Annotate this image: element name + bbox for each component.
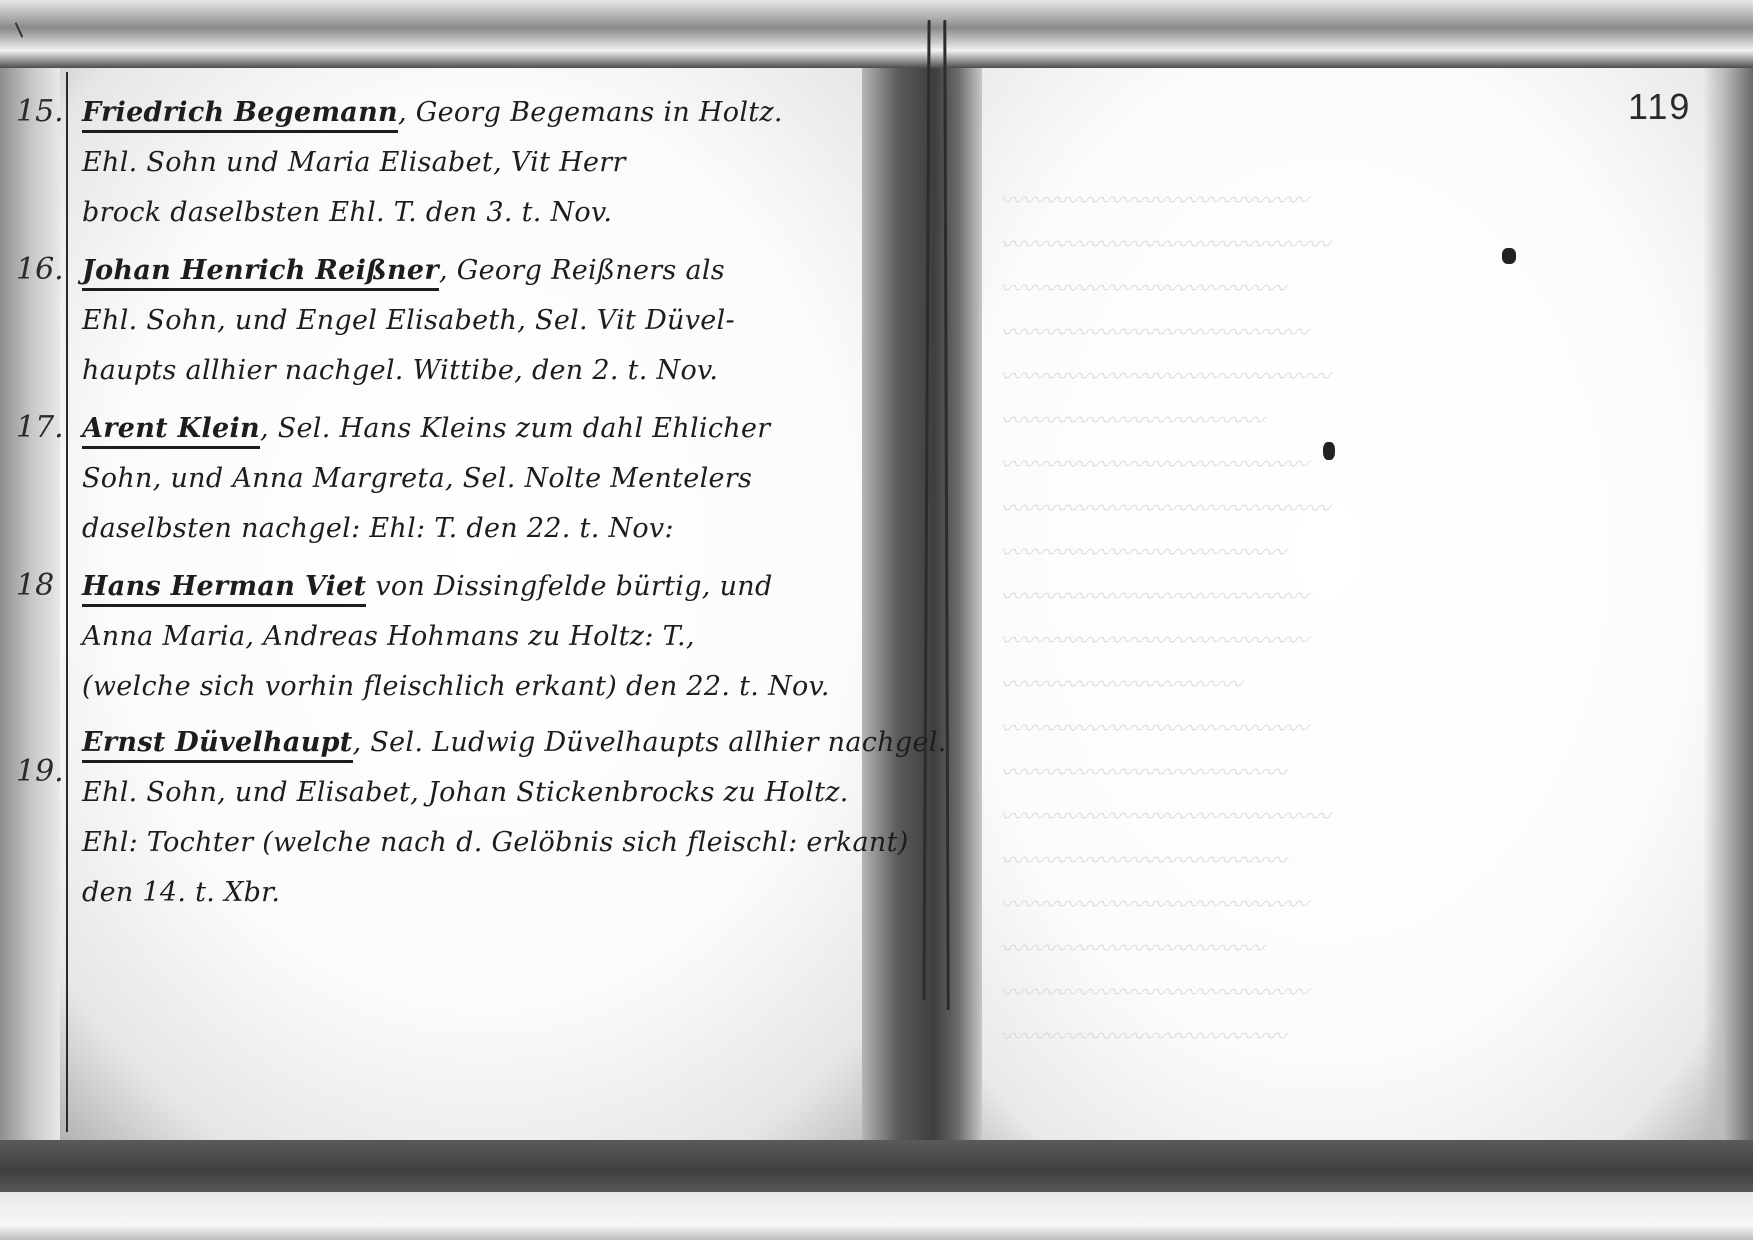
bleed-line: 〰〰〰〰〰〰〰〰〰〰〰〰〰〰	[1000, 708, 1680, 752]
entry-line: Ehl. Sohn, und Engel Elisabeth, Sel. Vit…	[82, 296, 862, 346]
groom-name: Johan Henrich Reißner	[82, 255, 439, 291]
bleed-line: 〰〰〰〰〰〰〰〰〰〰〰〰〰〰	[1000, 620, 1680, 664]
bleed-line: 〰〰〰〰〰〰〰〰〰〰〰〰〰〰〰	[1000, 224, 1680, 268]
entry-line: Ernst Düvelhaupt, Sel. Ludwig Düvelhaupt…	[82, 718, 862, 768]
entry-line: (welche sich vorhin fleischlich erkant) …	[82, 662, 862, 712]
bleed-line: 〰〰〰〰〰〰〰〰〰〰〰〰〰〰	[1000, 444, 1680, 488]
ink-blot	[1323, 442, 1335, 460]
entry-text: Friedrich Begemann, Georg Begemans in Ho…	[82, 88, 862, 238]
entry-number: 17.	[16, 410, 64, 445]
entry-line: Sohn, und Anna Margreta, Sel. Nolte Ment…	[82, 454, 862, 504]
page-number: 119	[1628, 86, 1691, 128]
bleed-line: 〰〰〰〰〰〰〰〰〰〰〰〰〰〰	[1000, 972, 1680, 1016]
bleed-through-text: 〰〰〰〰〰〰〰〰〰〰〰〰〰〰 〰〰〰〰〰〰〰〰〰〰〰〰〰〰〰 〰〰〰〰〰〰〰〰〰…	[1000, 180, 1680, 1080]
right-page-edge-shadow	[1703, 68, 1753, 1140]
entry-number: 18	[16, 568, 64, 603]
entry-line-text: , Sel. Ludwig Düvelhaupts allhier nachge…	[353, 727, 947, 758]
bleed-line: 〰〰〰〰〰〰〰〰〰〰〰〰〰	[1000, 840, 1680, 884]
scan-mark	[15, 22, 24, 37]
entry-line: den 14. t. Xbr.	[82, 868, 862, 918]
bleed-line: 〰〰〰〰〰〰〰〰〰〰〰〰〰〰	[1000, 884, 1680, 928]
bleed-line: 〰〰〰〰〰〰〰〰〰〰〰〰〰	[1000, 1016, 1680, 1060]
entry-line: Hans Herman Viet von Dissingfelde bürtig…	[82, 562, 862, 612]
entry-text: Johan Henrich Reißner, Georg Reißners al…	[82, 246, 862, 396]
entry-line-text: , Georg Begemans in Holtz.	[398, 97, 783, 128]
entry-text: Arent Klein, Sel. Hans Kleins zum dahl E…	[82, 404, 862, 554]
entry-line-text: , Sel. Hans Kleins zum dahl Ehlicher	[260, 413, 771, 444]
bottom-binding-shadow	[0, 1140, 1753, 1192]
entry-line: daselbsten nachgel: Ehl: T. den 22. t. N…	[82, 504, 862, 554]
entry-line: Ehl. Sohn und Maria Elisabet, Vit Herr	[82, 138, 862, 188]
groom-name: Ernst Düvelhaupt	[82, 727, 353, 763]
bottom-scan-margin	[0, 1192, 1753, 1240]
bleed-line: 〰〰〰〰〰〰〰〰〰〰〰	[1000, 664, 1680, 708]
entry-line: Arent Klein, Sel. Hans Kleins zum dahl E…	[82, 404, 862, 454]
margin-rule-line	[66, 72, 68, 1132]
entry-line: Ehl: Tochter (welche nach d. Gelöbnis si…	[82, 818, 862, 868]
groom-name: Hans Herman Viet	[82, 571, 366, 607]
entry-line: Johan Henrich Reißner, Georg Reißners al…	[82, 246, 862, 296]
groom-name: Friedrich Begemann	[82, 97, 398, 133]
entry-line: Friedrich Begemann, Georg Begemans in Ho…	[82, 88, 862, 138]
bleed-line: 〰〰〰〰〰〰〰〰〰〰〰〰	[1000, 928, 1680, 972]
entry-line: haupts allhier nachgel. Wittibe, den 2. …	[82, 346, 862, 396]
entry-text: Hans Herman Viet von Dissingfelde bürtig…	[82, 562, 862, 712]
entry-line: brock daselbsten Ehl. T. den 3. t. Nov.	[82, 188, 862, 238]
bleed-line: 〰〰〰〰〰〰〰〰〰〰〰〰〰〰〰	[1000, 356, 1680, 400]
entry-line-text: von Dissingfelde bürtig, und	[366, 571, 772, 602]
ink-blot	[1502, 248, 1516, 264]
entry-number: 19.	[16, 754, 64, 789]
bleed-line: 〰〰〰〰〰〰〰〰〰〰〰〰〰〰	[1000, 180, 1680, 224]
entry-number: 15.	[16, 94, 64, 129]
entry-number: 16.	[16, 252, 64, 287]
entry-line: Ehl. Sohn, und Elisabet, Johan Stickenbr…	[82, 768, 862, 818]
binding-shadow-strip	[0, 0, 1753, 70]
bleed-line: 〰〰〰〰〰〰〰〰〰〰〰〰〰〰〰	[1000, 488, 1680, 532]
bleed-line: 〰〰〰〰〰〰〰〰〰〰〰〰〰	[1000, 268, 1680, 312]
bleed-line: 〰〰〰〰〰〰〰〰〰〰〰〰〰	[1000, 752, 1680, 796]
groom-name: Arent Klein	[82, 413, 260, 449]
bleed-line: 〰〰〰〰〰〰〰〰〰〰〰〰〰	[1000, 532, 1680, 576]
bleed-line: 〰〰〰〰〰〰〰〰〰〰〰〰〰〰	[1000, 312, 1680, 356]
entry-line: Anna Maria, Andreas Hohmans zu Holtz: T.…	[82, 612, 862, 662]
left-page-edge-shadow	[0, 68, 60, 1140]
bleed-line: 〰〰〰〰〰〰〰〰〰〰〰〰〰〰〰	[1000, 796, 1680, 840]
bleed-line: 〰〰〰〰〰〰〰〰〰〰〰〰〰〰	[1000, 576, 1680, 620]
bleed-line: 〰〰〰〰〰〰〰〰〰〰〰〰	[1000, 400, 1680, 444]
entry-text: Ernst Düvelhaupt, Sel. Ludwig Düvelhaupt…	[82, 718, 862, 918]
entry-line-text: , Georg Reißners als	[439, 255, 725, 286]
